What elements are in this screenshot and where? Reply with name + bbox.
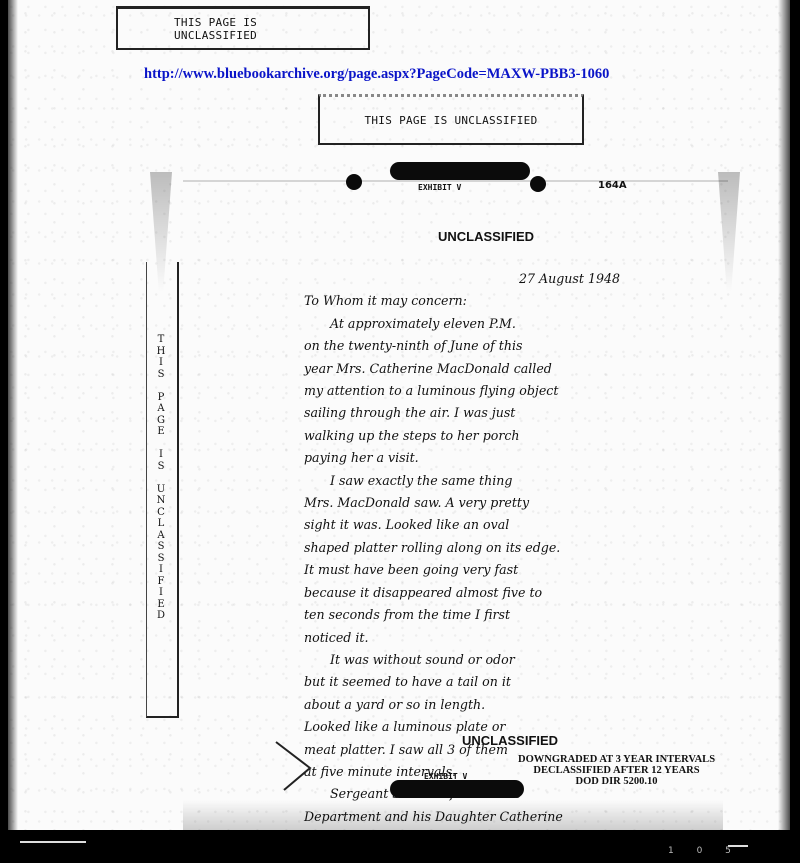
side-stamp-letter: I bbox=[152, 587, 170, 599]
letter-line: ten seconds from the time I first bbox=[304, 604, 634, 626]
downgrade-line-2: DECLASSIFIED AFTER 12 YEARS bbox=[518, 765, 715, 776]
letter-salutation: To Whom it may concern: bbox=[304, 290, 634, 312]
side-stamp-letter: S bbox=[152, 553, 170, 565]
letter-line: sailing through the air. I was just bbox=[304, 402, 634, 424]
side-stamp-letter: D bbox=[152, 610, 170, 622]
letter-line: Mrs. MacDonald saw. A very pretty bbox=[304, 492, 634, 514]
side-stamp-letter bbox=[152, 438, 170, 450]
side-stamp-letter: C bbox=[152, 507, 170, 519]
side-stamp-letter: G bbox=[152, 415, 170, 427]
page-bottom-edge bbox=[183, 800, 723, 830]
film-frame-number: 1 0 5 bbox=[668, 846, 741, 856]
page-number: 164A bbox=[598, 180, 627, 191]
redacted-classification-bottom bbox=[390, 780, 524, 798]
classification-footer: UNCLASSIFIED bbox=[462, 733, 558, 748]
side-stamp-letter: P bbox=[152, 392, 170, 404]
stamp-top-text: THIS PAGE IS UNCLASSIFIED bbox=[174, 16, 312, 42]
side-stamp-letter bbox=[152, 472, 170, 484]
letter-line: It was without sound or odor bbox=[304, 649, 634, 671]
side-stamp-letter: H bbox=[152, 346, 170, 358]
side-stamp-letter: I bbox=[152, 357, 170, 369]
letter-line: paying her a visit. bbox=[304, 447, 634, 469]
letter-line: sight it was. Looked like an oval bbox=[304, 514, 634, 536]
side-stamp-letter: T bbox=[152, 334, 170, 346]
source-url-link[interactable]: http://www.bluebookarchive.org/page.aspx… bbox=[144, 66, 609, 83]
letter-line: on the twenty-ninth of June of this bbox=[304, 335, 634, 357]
stamp-middle-text: THIS PAGE IS UNCLASSIFIED bbox=[364, 114, 537, 127]
side-stamp-letter: U bbox=[152, 484, 170, 496]
side-stamp-letter: A bbox=[152, 530, 170, 542]
side-stamp-letter: L bbox=[152, 518, 170, 530]
film-mark-left bbox=[20, 841, 86, 843]
letter-line: about a yard or so in length. bbox=[304, 694, 634, 716]
letter-line: year Mrs. Catherine MacDonald called bbox=[304, 358, 634, 380]
unclassified-stamp-middle: THIS PAGE IS UNCLASSIFIED bbox=[318, 94, 584, 145]
scanned-page: THIS PAGE IS UNCLASSIFIED http://www.blu… bbox=[8, 0, 790, 830]
redacted-classification-top bbox=[390, 162, 530, 180]
downgrade-line-3: DOD DIR 5200.10 bbox=[518, 776, 715, 787]
side-stamp-letter: E bbox=[152, 599, 170, 611]
side-stamp-letter: A bbox=[152, 403, 170, 415]
downgrade-notice: DOWNGRADED AT 3 YEAR INTERVALS DECLASSIF… bbox=[518, 754, 715, 787]
side-stamp-letter bbox=[152, 380, 170, 392]
exhibit-label-top: EXHIBIT V bbox=[418, 183, 461, 192]
side-stamp-letter: F bbox=[152, 576, 170, 588]
letter-line: I saw exactly the same thing bbox=[304, 470, 634, 492]
punch-hole-left bbox=[346, 174, 362, 190]
classification-header: UNCLASSIFIED bbox=[438, 229, 534, 244]
side-stamp-letter: S bbox=[152, 541, 170, 553]
letter-line: It must have been going very fast bbox=[304, 559, 634, 581]
letter-line: shaped platter rolling along on its edge… bbox=[304, 537, 634, 559]
letter-body: At approximately eleven P.M.on the twent… bbox=[304, 313, 634, 828]
side-stamp-letter: I bbox=[152, 449, 170, 461]
side-unclassified-stamp: THISPAGEISUNCLASSIFIED bbox=[152, 334, 170, 622]
letter-line: noticed it. bbox=[304, 627, 634, 649]
side-stamp-letter: S bbox=[152, 369, 170, 381]
arrow-mark bbox=[274, 738, 314, 794]
letter-date: 27 August 1948 bbox=[304, 268, 634, 290]
unclassified-stamp-top: THIS PAGE IS UNCLASSIFIED bbox=[116, 6, 370, 50]
side-stamp-letter: E bbox=[152, 426, 170, 438]
letter-line: because it disappeared almost five to bbox=[304, 582, 634, 604]
letter-line: At approximately eleven P.M. bbox=[304, 313, 634, 335]
letter-line: my attention to a luminous flying object bbox=[304, 380, 634, 402]
punch-hole-right bbox=[530, 176, 546, 192]
side-stamp-letter: I bbox=[152, 564, 170, 576]
side-stamp-letter: N bbox=[152, 495, 170, 507]
letter-line: walking up the steps to her porch bbox=[304, 425, 634, 447]
side-stamp-letter: S bbox=[152, 461, 170, 473]
letter-line: but it seemed to have a tail on it bbox=[304, 671, 634, 693]
downgrade-line-1: DOWNGRADED AT 3 YEAR INTERVALS bbox=[518, 754, 715, 765]
